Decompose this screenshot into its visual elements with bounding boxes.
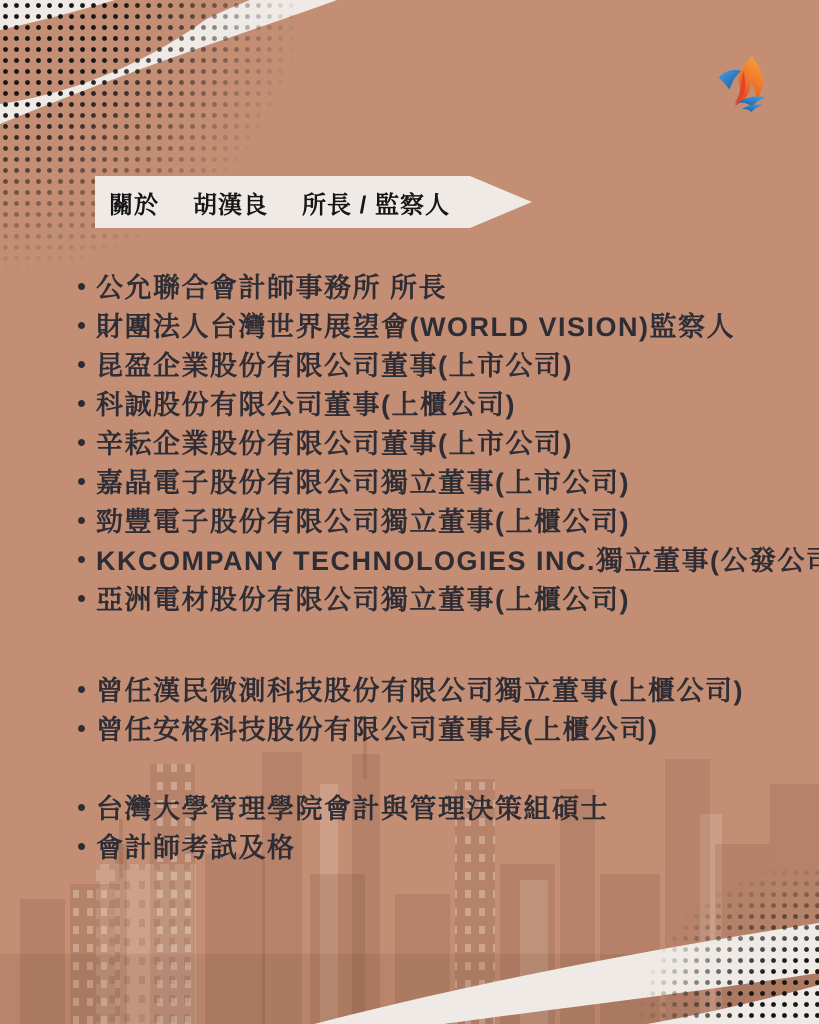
past-positions-list: 曾任漢民微測科技股份有限公司獨立董事(上櫃公司) 曾任安格科技股份有限公司董事長… xyxy=(0,669,819,747)
list-item-text: 公允聯合會計師事務所 所長 xyxy=(96,266,447,305)
bullet-icon xyxy=(78,725,85,732)
current-positions-list: 公允聯合會計師事務所 所長 財團法人台灣世界展望會(WORLD VISION)監… xyxy=(0,266,819,617)
list-item-text: 曾任安格科技股份有限公司董事長(上櫃公司) xyxy=(96,708,658,747)
list-item: 會計師考試及格 xyxy=(78,826,799,865)
list-item-text: 台灣大學管理學院會計與管理決策組碩士 xyxy=(96,787,609,826)
bullet-icon xyxy=(78,361,85,368)
list-item: 辛耘企業股份有限公司董事(上市公司) xyxy=(78,422,799,461)
list-item-text: 昆盈企業股份有限公司董事(上市公司) xyxy=(96,344,573,383)
bullet-icon xyxy=(78,595,85,602)
bullet-icon xyxy=(78,843,85,850)
list-item: 台灣大學管理學院會計與管理決策組碩士 xyxy=(78,787,799,826)
list-item-text: 科誠股份有限公司董事(上櫃公司) xyxy=(96,383,516,422)
bullet-icon xyxy=(78,517,85,524)
bullet-icon xyxy=(78,322,85,329)
list-item: 科誠股份有限公司董事(上櫃公司) xyxy=(78,383,799,422)
bullet-icon xyxy=(78,439,85,446)
bullet-icon xyxy=(78,283,85,290)
bullet-icon xyxy=(78,400,85,407)
list-item: 財團法人台灣世界展望會(WORLD VISION)監察人 xyxy=(78,305,799,344)
list-item-text: 勁豐電子股份有限公司獨立董事(上櫃公司) xyxy=(96,500,630,539)
list-item: 嘉晶電子股份有限公司獨立董事(上市公司) xyxy=(78,461,799,500)
person-name: 胡漢良 xyxy=(193,185,268,220)
list-item: 昆盈企業股份有限公司董事(上市公司) xyxy=(78,344,799,383)
list-item-text: 會計師考試及格 xyxy=(96,826,296,865)
about-label: 關於 xyxy=(109,185,159,220)
list-item-text: KKCOMPANY TECHNOLOGIES INC.獨立董事(公發公司) xyxy=(96,539,819,578)
list-item: KKCOMPANY TECHNOLOGIES INC.獨立董事(公發公司) xyxy=(78,539,799,578)
list-item: 曾任漢民微測科技股份有限公司獨立董事(上櫃公司) xyxy=(78,669,799,708)
profile-slide: 關於 胡漢良 所長 / 監察人 公允聯合會計師事務所 所長 財團法人台灣世界展望… xyxy=(0,0,819,1024)
list-item-text: 曾任漢民微測科技股份有限公司獨立董事(上櫃公司) xyxy=(96,669,744,708)
list-item-text: 亞洲電材股份有限公司獨立董事(上櫃公司) xyxy=(96,578,630,617)
profile-content: 公允聯合會計師事務所 所長 財團法人台灣世界展望會(WORLD VISION)監… xyxy=(0,228,819,865)
list-item: 曾任安格科技股份有限公司董事長(上櫃公司) xyxy=(78,708,799,747)
bullet-icon xyxy=(78,556,85,563)
bullet-icon xyxy=(78,478,85,485)
education-list: 台灣大學管理學院會計與管理決策組碩士 會計師考試及格 xyxy=(0,787,819,865)
list-item: 公允聯合會計師事務所 所長 xyxy=(78,266,799,305)
list-item: 勁豐電子股份有限公司獨立董事(上櫃公司) xyxy=(78,500,799,539)
list-item-text: 財團法人台灣世界展望會(WORLD VISION)監察人 xyxy=(96,305,735,344)
list-item-text: 嘉晶電子股份有限公司獨立董事(上市公司) xyxy=(96,461,630,500)
bullet-icon xyxy=(78,804,85,811)
flame-phoenix-logo-icon xyxy=(715,56,767,112)
person-title: 所長 / 監察人 xyxy=(302,185,450,220)
section-header-banner: 關於 胡漢良 所長 / 監察人 xyxy=(95,176,532,228)
list-item-text: 辛耘企業股份有限公司董事(上市公司) xyxy=(96,422,573,461)
list-item: 亞洲電材股份有限公司獨立董事(上櫃公司) xyxy=(78,578,799,617)
bullet-icon xyxy=(78,686,85,693)
